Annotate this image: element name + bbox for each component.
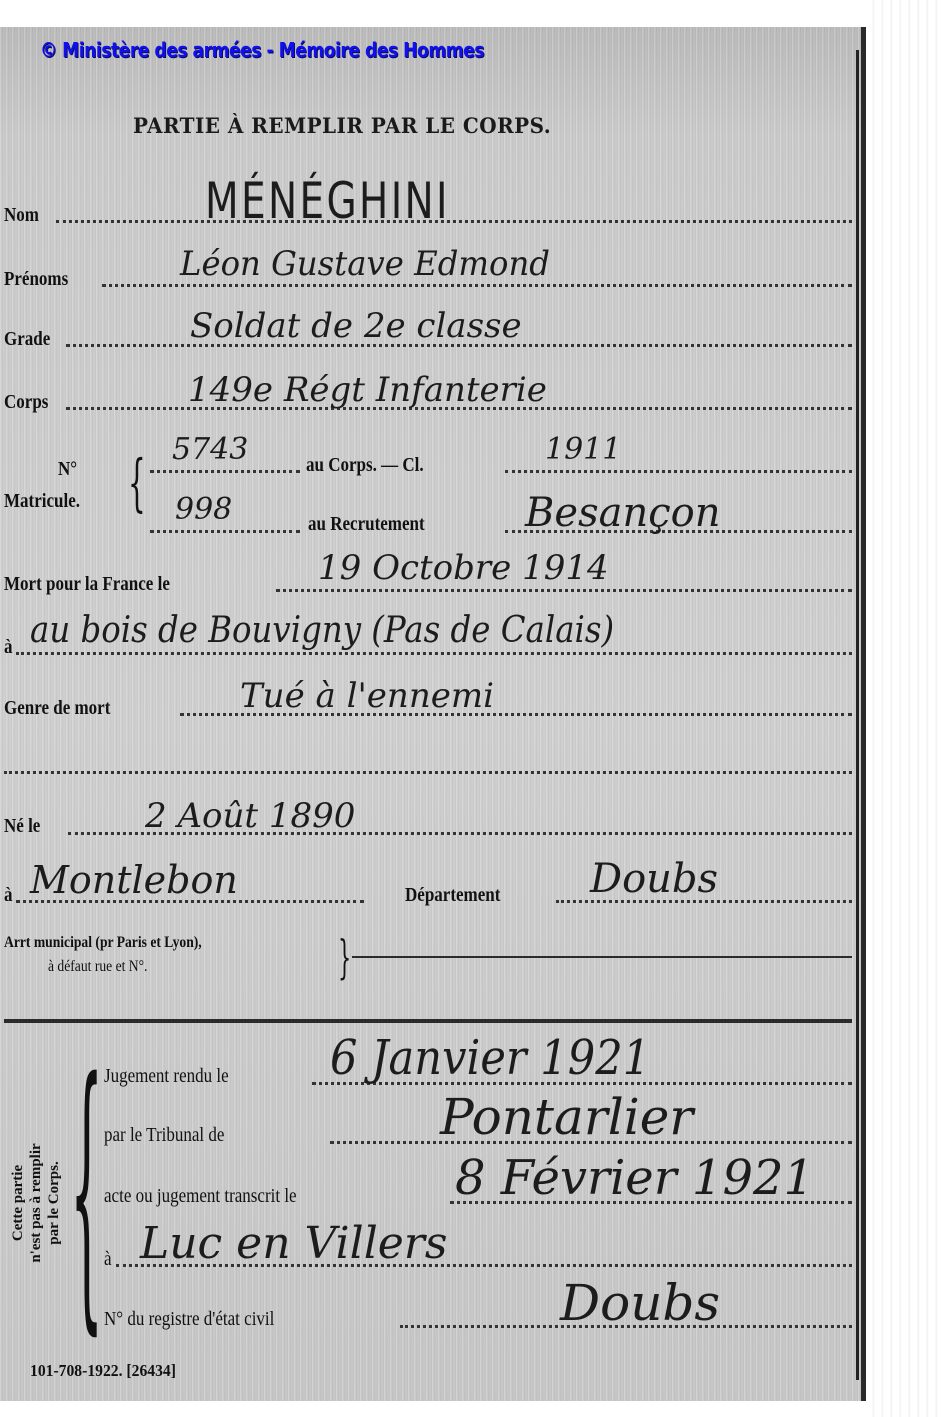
prenoms-label: Prénoms	[4, 268, 68, 291]
matricule-corps-line	[150, 470, 300, 473]
tribunal-value: Pontarlier	[440, 1088, 693, 1146]
ne-a-label: à	[4, 884, 13, 907]
jugement-value: 6 Janvier 1921	[330, 1030, 650, 1086]
departement-label: Département	[405, 884, 500, 907]
corps-label: Corps	[4, 391, 48, 414]
mort-a-line	[16, 652, 852, 655]
matricule-label: Matricule.	[4, 490, 80, 513]
side-note-line1: Cette partie	[10, 1088, 27, 1318]
matricule-corps-number: 5743	[172, 432, 248, 467]
ne-le-label: Né le	[4, 815, 40, 838]
prenoms-line	[102, 284, 852, 287]
lieu-value: Luc en Villers	[140, 1218, 447, 1269]
ne-le-value: 2 Août 1890	[145, 796, 355, 836]
classe-line	[505, 470, 852, 473]
scan-margin	[866, 0, 944, 1417]
copyright-watermark: © Ministère des armées - Mémoire des Hom…	[40, 38, 484, 62]
transcrit-value: 8 Février 1921	[455, 1150, 814, 1206]
mort-le-value: 19 Octobre 1914	[318, 548, 609, 588]
corps-value: 149e Régt Infanterie	[188, 370, 547, 410]
arrondissement-brace: }	[338, 930, 351, 984]
mort-le-line	[276, 589, 852, 592]
card-edge-line	[856, 50, 859, 1380]
blank-line	[4, 771, 852, 774]
form-title: PARTIE À REMPLIR PAR LE CORPS.	[133, 113, 551, 138]
side-note-line3: par le Corps.	[46, 1088, 63, 1318]
arrondissement-label: Arrt municipal (pr Paris et Lyon),	[4, 934, 202, 952]
matricule-corps-label: au Corps. — Cl.	[306, 454, 424, 477]
matricule-recrutement-line	[150, 530, 300, 533]
recrutement-label: au Recrutement	[308, 513, 425, 536]
jugement-label: Jugement rendu le	[104, 1065, 229, 1088]
arrondissement-sublabel: à défaut rue et N°.	[48, 958, 147, 976]
lieu-label: à	[104, 1248, 112, 1271]
matricule-label-n: N°	[58, 458, 77, 481]
side-note-brace: {	[70, 1046, 103, 1336]
form-reference-code: 101-708-1922. [26434]	[30, 1361, 176, 1381]
matricule-recrutement-number: 998	[175, 492, 232, 527]
arrondissement-line	[352, 956, 852, 958]
side-note-line2: n'est pas à remplir	[28, 1088, 45, 1318]
registre-label: N° du registre d'état civil	[104, 1308, 274, 1331]
mort-a-label: à	[4, 636, 13, 659]
matricule-brace: {	[128, 446, 146, 519]
nom-line	[56, 220, 852, 223]
tribunal-label: par le Tribunal de	[104, 1124, 224, 1147]
mort-a-value: au bois de Bouvigny (Pas de Calais)	[30, 610, 614, 651]
genre-de-mort-value: Tué à l'ennemi	[240, 676, 494, 716]
mort-le-label: Mort pour la France le	[4, 573, 170, 596]
registre-value: Doubs	[560, 1274, 720, 1332]
grade-value: Soldat de 2e classe	[190, 306, 522, 346]
transcrit-label: acte ou jugement transcrit le	[104, 1185, 297, 1208]
section-separator	[4, 1019, 852, 1023]
prenoms-value: Léon Gustave Edmond	[180, 244, 550, 284]
nom-label: Nom	[4, 204, 39, 227]
grade-label: Grade	[4, 328, 50, 351]
genre-de-mort-label: Genre de mort	[4, 697, 110, 720]
nom-value: MÉNÉGHINI	[205, 172, 450, 230]
departement-value: Doubs	[590, 856, 718, 902]
ne-a-value: Montlebon	[30, 858, 238, 902]
classe-value: 1911	[545, 432, 621, 467]
recrutement-value: Besançon	[525, 490, 720, 536]
